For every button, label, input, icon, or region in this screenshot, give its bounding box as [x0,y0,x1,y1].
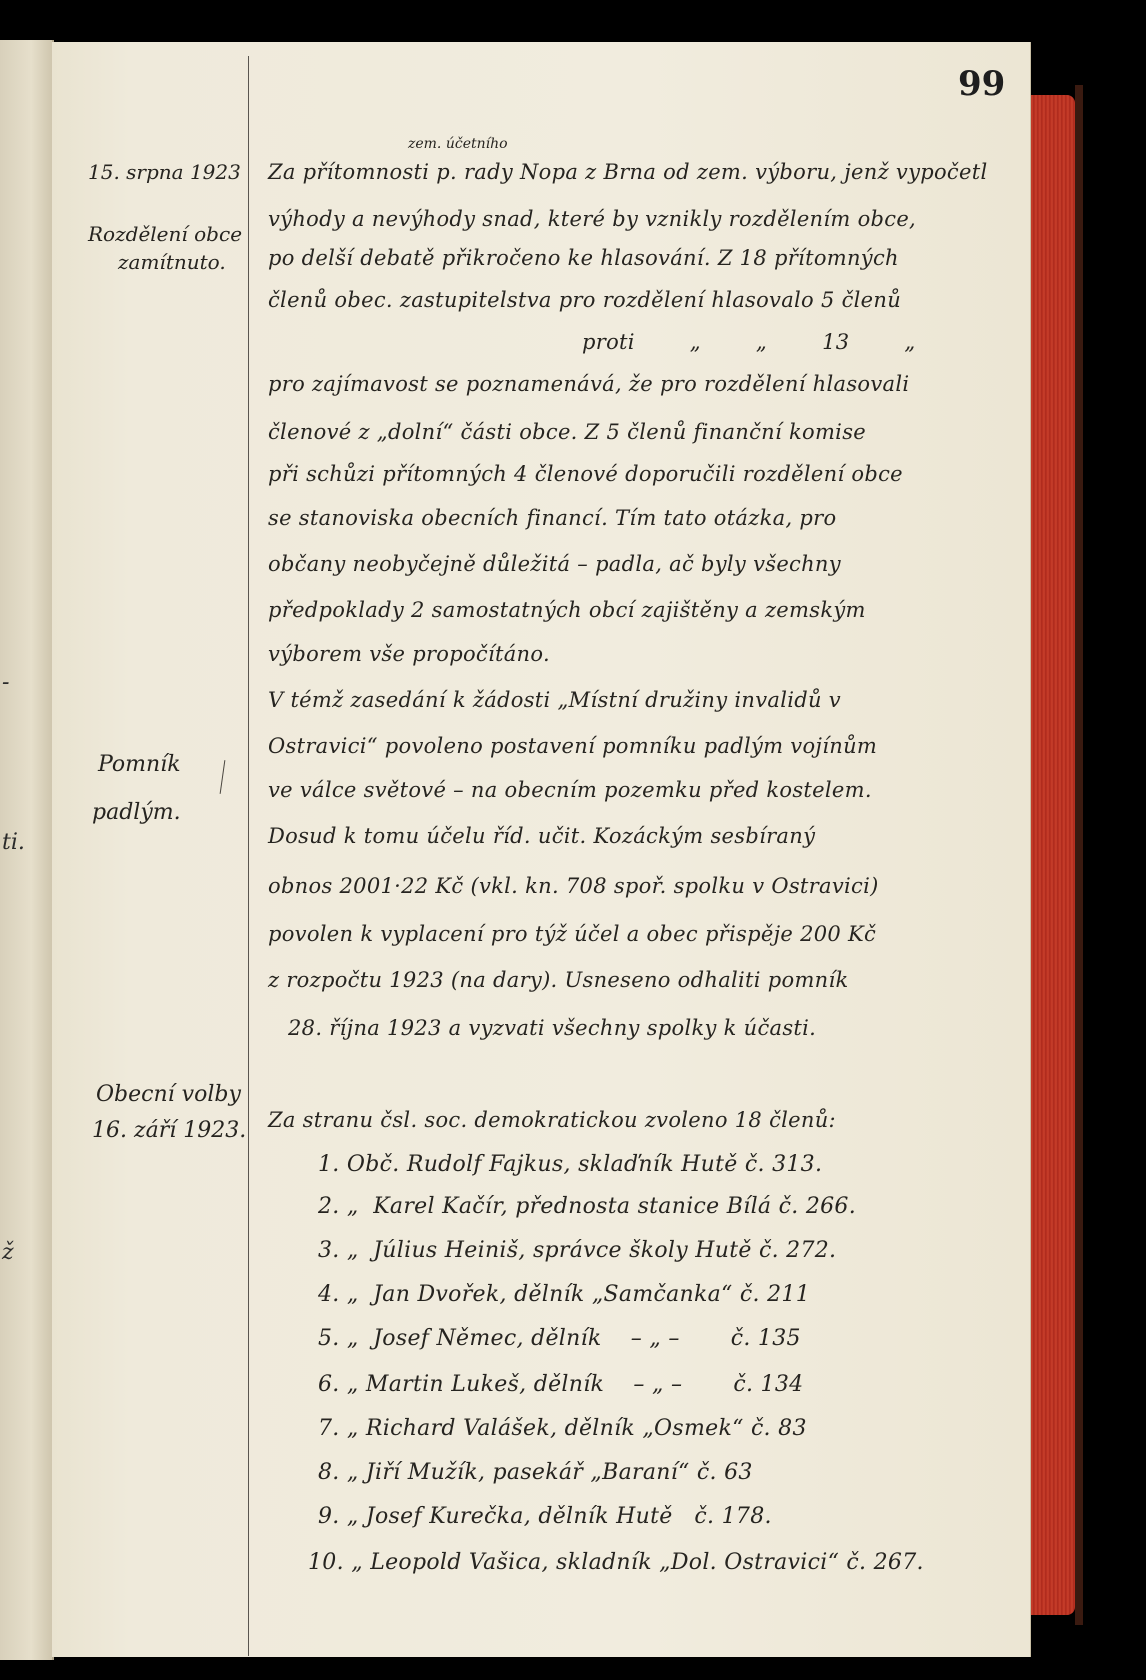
member-prefix: „ [347,1460,359,1485]
page-number: 99 [958,64,1005,104]
book-page-edges [1030,95,1075,1615]
member-place: – „ – [633,1372,682,1397]
member-prefix: „ [351,1550,363,1575]
member-prefix: „ [347,1326,359,1351]
text-line: z rozpočtu 1923 (na dary). Usneseno odha… [268,968,849,992]
text-line: V témž zasedání k žádosti „Místní družin… [268,688,841,712]
member-name: Karel Kačír [373,1194,500,1219]
member-number: 7. [318,1416,340,1441]
member-prefix: „ [347,1282,359,1307]
member-number: 4. [318,1282,340,1307]
member-prefix: „ [347,1238,359,1263]
text-line: obnos 2001·22 Kč (vkl. kn. 708 spoř. spo… [268,874,879,898]
text-line: pro zajímavost se poznamenává, že pro ro… [268,372,909,396]
member-house: č. 178. [694,1504,771,1529]
text-line: Za přítomnosti p. rady Nopa z Brna od ze… [268,160,987,184]
left-page-stub: - [2,670,9,695]
text-line: členové z „dolní“ části obce. Z 5 členů … [268,420,866,444]
member-place: – „ – [631,1326,680,1351]
member-occupation: dělník [534,1372,604,1397]
member-place: Hutě [695,1238,751,1263]
member-occupation: skladník [556,1550,652,1575]
superscript-annotation: zem. účetního [408,136,508,152]
member-name: Jiří Mužík [366,1460,478,1485]
member-house: č. 313. [745,1152,822,1177]
left-page-edge: - ti. ž [0,40,54,1660]
text-line: předpoklady 2 samostatných obcí zajištěn… [268,598,866,622]
margin-result: zamítnuto. [118,250,226,274]
member-place: „Osmek“ [642,1416,743,1441]
text-line: výborem vše propočítáno. [268,642,550,666]
list-item: 1. Obč. Rudolf Fajkus, sklaďník Hutě č. … [318,1152,822,1177]
member-name: Richard Valášek [366,1416,550,1441]
text-line-against: proti „ „ 13 „ [582,330,916,354]
member-number: 5. [318,1326,340,1351]
margin-subject: Pomník [98,752,181,777]
ledger-page [52,42,1031,1657]
member-occupation: dělník [538,1504,608,1529]
list-item: 8. „ Jiří Mužík, pasekář „Baraní“ č. 63 [318,1460,753,1485]
member-place: Hutě [616,1504,672,1529]
text-line: výhody a nevýhody snad, které by vznikly… [268,207,916,231]
member-place: „Samčanka“ [592,1282,733,1307]
margin-date: 16. září 1923. [92,1118,246,1143]
margin-subject: Rozdělení obce [88,222,242,246]
list-item: 3. „ Július Heiniš, správce školy Hutě č… [318,1238,836,1263]
member-house: č. 83 [751,1416,807,1441]
member-house: č. 211 [740,1282,810,1307]
member-number: 8. [318,1460,340,1485]
member-house: č. 134 [733,1372,803,1397]
text-line: ve válce světové – na obecním pozemku př… [268,778,872,802]
member-occupation: sklaďník [578,1152,674,1177]
list-item: 10. „ Leopold Vašica, skladník „Dol. Ost… [308,1550,924,1575]
list-item: 4. „ Jan Dvořek, dělník „Samčanka“ č. 21… [318,1282,810,1307]
list-item: 6. „ Martin Lukeš, dělník – „ – č. 134 [318,1372,803,1397]
margin-subject: Obecní volby [96,1082,241,1107]
election-intro: Za stranu čsl. soc. demokratickou zvolen… [268,1108,836,1132]
member-number: 10. [308,1550,344,1575]
member-number: 2. [318,1194,340,1219]
list-item: 2. „ Karel Kačír, přednosta stanice Bílá… [318,1194,856,1219]
member-occupation: dělník [531,1326,601,1351]
member-prefix: „ [347,1416,359,1441]
member-prefix: „ [347,1504,359,1529]
member-name: Leopold Vašica [370,1550,541,1575]
member-house: č. 272. [759,1238,836,1263]
member-name: Martin Lukeš [366,1372,519,1397]
list-item: 7. „ Richard Valášek, dělník „Osmek“ č. … [318,1416,807,1441]
member-place: „Dol. Ostravici“ [659,1550,839,1575]
member-name: Josef Němec [373,1326,516,1351]
member-name: Jan Dvořek [373,1282,499,1307]
member-place: Hutě [681,1152,737,1177]
text-line: občany neobyčejně důležitá – padla, ač b… [268,552,841,576]
margin-rule [248,56,249,1656]
text-line: Dosud k tomu účelu říd. učit. Kozáckým s… [268,824,815,848]
member-occupation: pasekář [493,1460,584,1485]
list-item: 9. „ Josef Kurečka, dělník Hutě č. 178. [318,1504,772,1529]
margin-date: 15. srpna 1923 [88,160,241,184]
member-occupation: dělník [514,1282,584,1307]
member-number: 3. [318,1238,340,1263]
member-house: č. 267. [846,1550,923,1575]
member-house: č. 266. [779,1194,856,1219]
member-prefix: „ [347,1194,359,1219]
text-line: při schůzi přítomných 4 členové doporuči… [268,462,903,486]
member-name: Rudolf Fajkus [407,1152,564,1177]
member-house: č. 63 [697,1460,753,1485]
left-page-stub: ž [2,1240,14,1265]
text-line: Ostravici“ povoleno postavení pomníku pa… [268,734,877,758]
text-line: povolen k vyplacení pro týž účel a obec … [268,922,876,946]
member-occupation: dělník [565,1416,635,1441]
text-line: členů obec. zastupitelstva pro rozdělení… [268,288,901,312]
member-prefix: Obč. [347,1152,400,1177]
member-house: č. 135 [731,1326,801,1351]
member-number: 6. [318,1372,340,1397]
member-occupation: přednosta stanice [515,1194,719,1219]
list-item: 5. „ Josef Němec, dělník – „ – č. 135 [318,1326,801,1351]
member-occupation: správce školy [533,1238,688,1263]
member-name: Josef Kurečka [366,1504,524,1529]
text-line: po delší debatě přikročeno ke hlasování.… [268,246,899,270]
margin-subject: padlým. [92,800,181,825]
text-line: 28. října 1923 a vyzvati všechny spolky … [288,1016,816,1040]
member-name: Július Heiniš [373,1238,518,1263]
book-cover-edge [1075,85,1083,1625]
member-place: „Baraní“ [590,1460,689,1485]
member-prefix: „ [347,1372,359,1397]
member-number: 1. [318,1152,340,1177]
text-line: se stanoviska obecních financí. Tím tato… [268,506,836,530]
left-page-stub: ti. [2,830,25,855]
member-place: Bílá [727,1194,772,1219]
member-number: 9. [318,1504,340,1529]
